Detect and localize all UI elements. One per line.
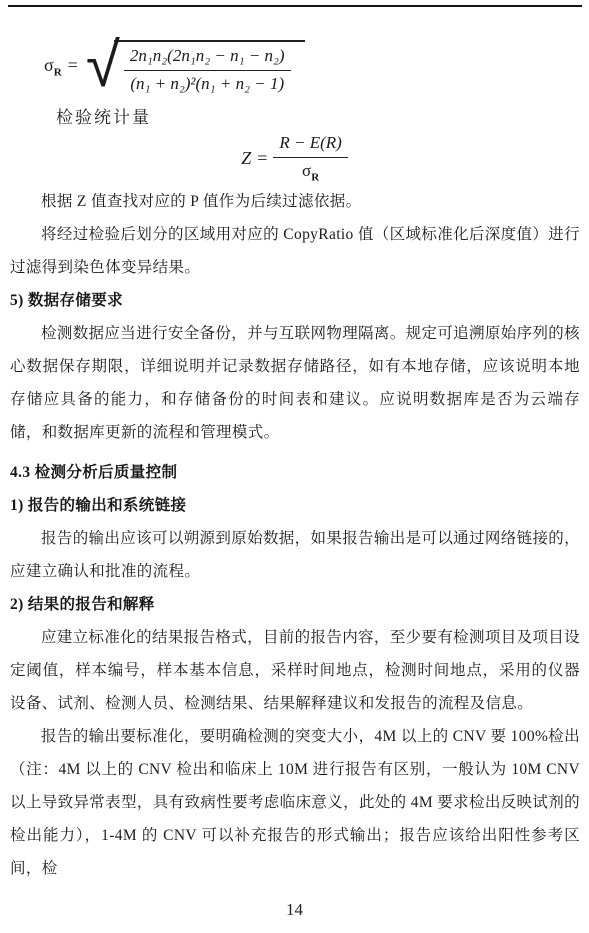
formula-z-lhs: Z= — [241, 148, 273, 170]
document-body: 根据 Z 值查找对应的 P 值作为后续过滤依据。 将经过检验后划分的区域用对应的… — [10, 185, 580, 885]
heading-result-report: 2) 结果的报告和解释 — [10, 588, 580, 621]
paragraph-z-filter: 根据 Z 值查找对应的 P 值作为后续过滤依据。 — [10, 185, 580, 218]
z-symbol: Z — [241, 148, 251, 168]
paragraph-report-standard: 报告的输出要标准化，要明确检测的突变大小，4M 以上的 CNV 要 100%检出… — [10, 720, 580, 885]
test-statistic-caption: 检验统计量 — [56, 103, 151, 128]
formula-sigma-lhs: σR= — [44, 55, 84, 80]
radicand: 2n₁n₂(2n₁n₂ − n₁ − n₂) (n₁ + n₂)²(n₁ + n… — [114, 40, 305, 95]
fraction-denominator: σR — [273, 157, 347, 185]
heading-data-storage: 5) 数据存储要求 — [10, 284, 580, 317]
page-number: 14 — [0, 900, 589, 920]
header-rule — [8, 5, 582, 7]
radical-icon: √ — [86, 34, 120, 96]
paragraph-report-format: 应建立标准化的结果报告格式，目前的报告内容，至少要有检测项目及项目设定阈值，样本… — [10, 621, 580, 720]
equals-sign: = — [251, 148, 273, 168]
equals-sign: = — [62, 55, 84, 75]
fraction: 2n₁n₂(2n₁n₂ − n₁ − n₂) (n₁ + n₂)²(n₁ + n… — [124, 46, 291, 95]
fraction-numerator: R − E(R) — [273, 133, 347, 157]
fraction-denominator: (n₁ + n₂)²(n₁ + n₂ − 1) — [124, 70, 291, 94]
fraction-numerator: 2n₁n₂(2n₁n₂ − n₁ − n₂) — [124, 46, 291, 70]
sigma-subscript: R — [54, 66, 62, 78]
sigma-subscript: R — [311, 172, 319, 184]
paragraph-report-link: 报告的输出应该可以朔源到原始数据，如果报告输出是可以通过网络链接的，应建立确认和… — [10, 522, 580, 588]
heading-report-output: 1) 报告的输出和系统链接 — [10, 489, 580, 522]
formula-sigma-r: σR= √ 2n₁n₂(2n₁n₂ − n₁ − n₂) (n₁ + n₂)²(… — [44, 36, 305, 98]
formula-z: Z= R − E(R) σR — [0, 133, 589, 185]
document-page: σR= √ 2n₁n₂(2n₁n₂ − n₁ − n₂) (n₁ + n₂)²(… — [0, 0, 589, 933]
square-root: √ 2n₁n₂(2n₁n₂ − n₁ − n₂) (n₁ + n₂)²(n₁ +… — [86, 36, 305, 98]
paragraph-storage: 检测数据应当进行安全备份，并与互联网物理隔离。规定可追溯原始序列的核心数据保存期… — [10, 317, 580, 449]
paragraph-copyratio: 将经过检验后划分的区域用对应的 CopyRatio 值（区域标准化后深度值）进行… — [10, 218, 580, 284]
sigma-symbol: σ — [302, 161, 311, 180]
heading-section-4-3: 4.3 检测分析后质量控制 — [10, 456, 580, 489]
sigma-symbol: σ — [44, 55, 54, 75]
fraction: R − E(R) σR — [273, 133, 347, 185]
